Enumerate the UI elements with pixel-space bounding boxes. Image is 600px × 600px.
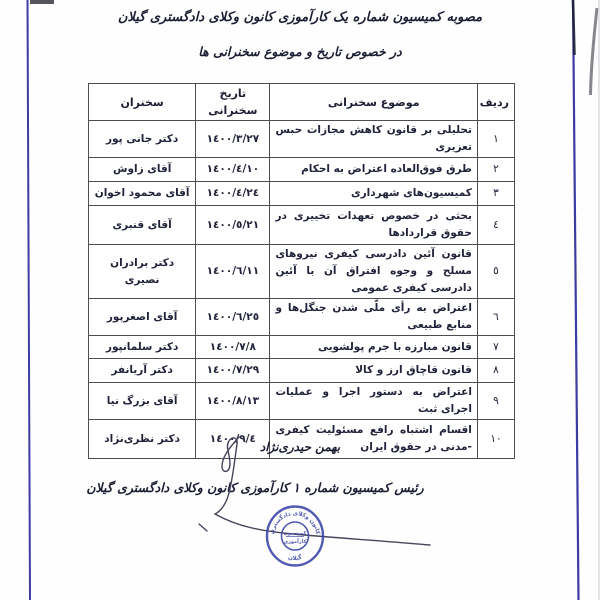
header-row-number: ردیف — [477, 84, 514, 121]
document-title: مصوبه کمیسیون شماره یک کارآموزی کانون وک… — [40, 10, 560, 25]
page-rule-line-left — [28, 0, 31, 600]
table-header-row: ردیف موضوع سخنرانی تاریخ سخنرانی سخنران — [89, 84, 515, 121]
speaker-cell: آقای بزرگ نیا — [89, 383, 196, 420]
subject-cell: قانون آئین دادرسی کیفری نیروهای مسلح و و… — [270, 245, 477, 299]
table-row: ٨قانون قاچاق ارز و کالا١٤٠٠/٧/٢٩دکتر آری… — [89, 359, 515, 383]
header-date: تاریخ سخنرانی — [196, 84, 270, 121]
paper-curl-shadow — [591, 8, 598, 95]
table-row: ٢طرق فوق‌العاده اعتراض به احکام١٤٠٠/٤/١٠… — [89, 158, 515, 182]
page-rule-line-right — [573, 0, 579, 600]
date-cell: ١٤٠٠/٦/٢٥ — [196, 299, 270, 336]
table-row: ٦اعتراض به رأی ملّی شدن جنگل‌ها و منابع … — [89, 299, 515, 336]
header-speaker: سخنران — [89, 84, 196, 121]
speaker-cell: دکتر سلمانپور — [89, 336, 196, 359]
lecture-table: ردیف موضوع سخنرانی تاریخ سخنرانی سخنران … — [88, 83, 515, 459]
row-number-cell: ١٠ — [477, 420, 514, 459]
page-rule-line-right-dark-top — [573, 0, 575, 55]
row-number-cell: ٨ — [477, 359, 514, 383]
speaker-cell: آقای قنبری — [89, 206, 196, 245]
row-number-cell: ٧ — [477, 336, 514, 359]
row-number-cell: ١ — [477, 121, 514, 158]
row-number-cell: ٤ — [477, 206, 514, 245]
date-cell: ١٤٠٠/٥/٢١ — [196, 206, 270, 245]
subject-cell: طرق فوق‌العاده اعتراض به احکام — [270, 158, 477, 182]
speaker-cell: دکتر برادران نصیری — [89, 245, 196, 299]
lecture-table-body: ١تحلیلی بر قانون کاهش مجازات حبس تعزیری١… — [89, 121, 515, 459]
scan-smudge-top-left — [30, 0, 54, 4]
date-cell: ١٤٠٠/٣/٢٧ — [196, 121, 270, 158]
table-row: ٧قانون مبارزه با جرم پولشویی١٤٠٠/٧/٨دکتر… — [89, 336, 515, 359]
stamp-center-text-line1: کمیسیون — [284, 531, 307, 537]
scanned-document-page: مصوبه کمیسیون شماره یک کارآموزی کانون وک… — [0, 0, 600, 600]
subject-cell: قانون مبارزه با جرم پولشویی — [270, 336, 477, 359]
row-number-cell: ٢ — [477, 158, 514, 182]
row-number-cell: ٥ — [477, 245, 514, 299]
subject-cell: اعتراض به رأی ملّی شدن جنگل‌ها و منابع ط… — [270, 299, 477, 336]
row-number-cell: ٣ — [477, 182, 514, 206]
subject-cell: اعتراض به دستور اجرا و عملیات اجرای ثبت — [270, 383, 477, 420]
table-row: ٤بحثی در خصوص تعهدات تخییری در حقوق قرار… — [89, 206, 515, 245]
table-row: ٩اعتراض به دستور اجرا و عملیات اجرای ثبت… — [89, 383, 515, 420]
date-cell: ١٤٠٠/٨/١٣ — [196, 383, 270, 420]
stamp-ring-text-bottom: گیلان — [287, 553, 303, 562]
date-cell: ١٤٠٠/٤/١٠ — [196, 158, 270, 182]
stamp-inner-circle — [282, 522, 309, 550]
subject-cell: تحلیلی بر قانون کاهش مجازات حبس تعزیری — [270, 121, 477, 158]
speaker-cell: آقای محمود اخوان — [89, 182, 196, 206]
document-subtitle: در خصوص تاریخ و موضوع سخنرانی ها — [40, 44, 560, 59]
header-subject: موضوع سخنرانی — [270, 84, 477, 121]
signer-role: رئیس کمیسیون شماره ١ کارآموزی کانون وکلا… — [60, 480, 450, 495]
stamp-center-text-line2: کارآموزی — [283, 537, 306, 545]
date-cell: ١٤٠٠/٧/٢٩ — [196, 359, 270, 383]
date-cell: ١٤٠٠/٦/١١ — [196, 245, 270, 299]
speaker-cell: آقای اصغرپور — [89, 299, 196, 336]
signer-name: بهمن حیدری‌نژاد — [150, 440, 450, 454]
stamp-outer-circle — [267, 507, 323, 566]
date-cell: ١٤٠٠/٤/٢٤ — [196, 182, 270, 206]
official-stamp: کانون وکلای دادگستری گیلان کمیسیون کارآم… — [267, 507, 323, 566]
speaker-cell: دکتر آریانفر — [89, 359, 196, 383]
table-row: ٥قانون آئین دادرسی کیفری نیروهای مسلح و … — [89, 245, 515, 299]
row-number-cell: ٦ — [477, 299, 514, 336]
speaker-cell: دکتر جانی پور — [89, 121, 196, 158]
date-cell: ١٤٠٠/٧/٨ — [196, 336, 270, 359]
table-row: ٣کمیسیون‌های شهرداری١٤٠٠/٤/٢٤آقای محمود … — [89, 182, 515, 206]
speaker-cell: آقای زاوش — [89, 158, 196, 182]
row-number-cell: ٩ — [477, 383, 514, 420]
subject-cell: کمیسیون‌های شهرداری — [270, 182, 477, 206]
stamp-ring-text-top: کانون وکلای دادگستری — [270, 511, 322, 536]
subject-cell: قانون قاچاق ارز و کالا — [270, 359, 477, 383]
subject-cell: بحثی در خصوص تعهدات تخییری در حقوق قرارد… — [270, 206, 477, 245]
table-row: ١تحلیلی بر قانون کاهش مجازات حبس تعزیری١… — [89, 121, 515, 158]
